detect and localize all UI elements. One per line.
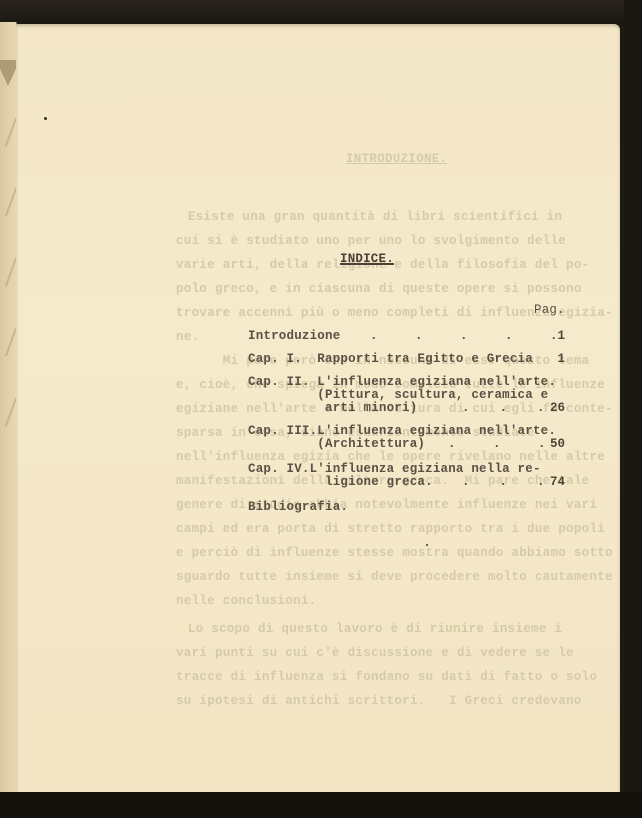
bleed-line: campi ed era porta di stretto rapporto t… [176,522,605,536]
toc-page-number: 26 [541,401,565,415]
toc-page-number: 50 [541,437,565,451]
bleed-line: cui si è studiato uno per uno lo svolgim… [176,234,566,248]
scan-top-edge [0,0,642,24]
toc-entry-cap-3: Cap. III.L'influenza egiziana nell'arte. [248,424,556,438]
bleed-line: sguardo tutte insieme si deve procedere … [176,570,613,584]
bleed-line: su ipotesi di antichi scrittori. I Greci… [176,694,582,708]
index-title: INDICE. [340,252,394,266]
bleed-line: Esiste una gran quantità di libri scient… [141,210,562,224]
toc-leader-dots: . . . [462,401,545,415]
binding-leaf [0,22,17,792]
toc-entry-cap-1: Cap. I. Rapporti tra Egitto e Grecia [248,352,533,366]
document-page: INTRODUZIONE. Esiste una gran quantità d… [16,24,620,792]
toc-page-number: 1 [541,352,565,366]
bleed-line: nelle conclusioni. [176,594,316,608]
bleed-line: ne. [176,330,199,344]
paper-speck [44,117,47,120]
paper-speck [426,544,428,546]
toc-leader-dots: . . . [462,475,545,489]
toc-page-number: 1 [541,329,565,343]
toc-page-number: 74 [541,475,565,489]
bleed-line: vari punti su cui c'è discussione e di v… [176,646,574,660]
toc-entry-cap-4: Cap. IV.L'influenza egiziana nella re- [248,462,541,476]
toc-entry-cap-2-line-2: (Pittura, scultura, ceramica e [248,388,548,402]
toc-entry-cap-3-line-2: (Architettura) [248,437,425,451]
bleed-line: Lo scopo di questo lavoro è di riunire i… [141,622,562,636]
bleed-title: INTRODUZIONE. [346,152,447,166]
page-column-header: Pag. [534,303,565,317]
scan-right-edge [624,0,642,818]
toc-entry-introduzione: Introduzione [248,329,340,343]
toc-entry-bibliografia: Bibliografia. [248,500,348,514]
bleed-line: tracce di influenza si fondano su dati d… [176,670,597,684]
toc-leader-dots: . . . . . [370,329,558,343]
toc-entry-cap-2: Cap. II. L'influenza egiziana nell'arte. [248,375,556,389]
bleed-line: genere di studio abbia notevolmente infl… [176,498,597,512]
bleed-line: e perciò di influenze stesse mostra quan… [176,546,613,560]
bleed-line: polo greco, e in ciascuna di queste oper… [176,282,582,296]
toc-leader-dots: . . . [448,437,546,451]
scan-bottom-edge [0,792,642,818]
toc-entry-cap-4-line-2: ligione greca. [248,475,433,489]
toc-entry-cap-2-line-3: arti minori) [248,401,417,415]
